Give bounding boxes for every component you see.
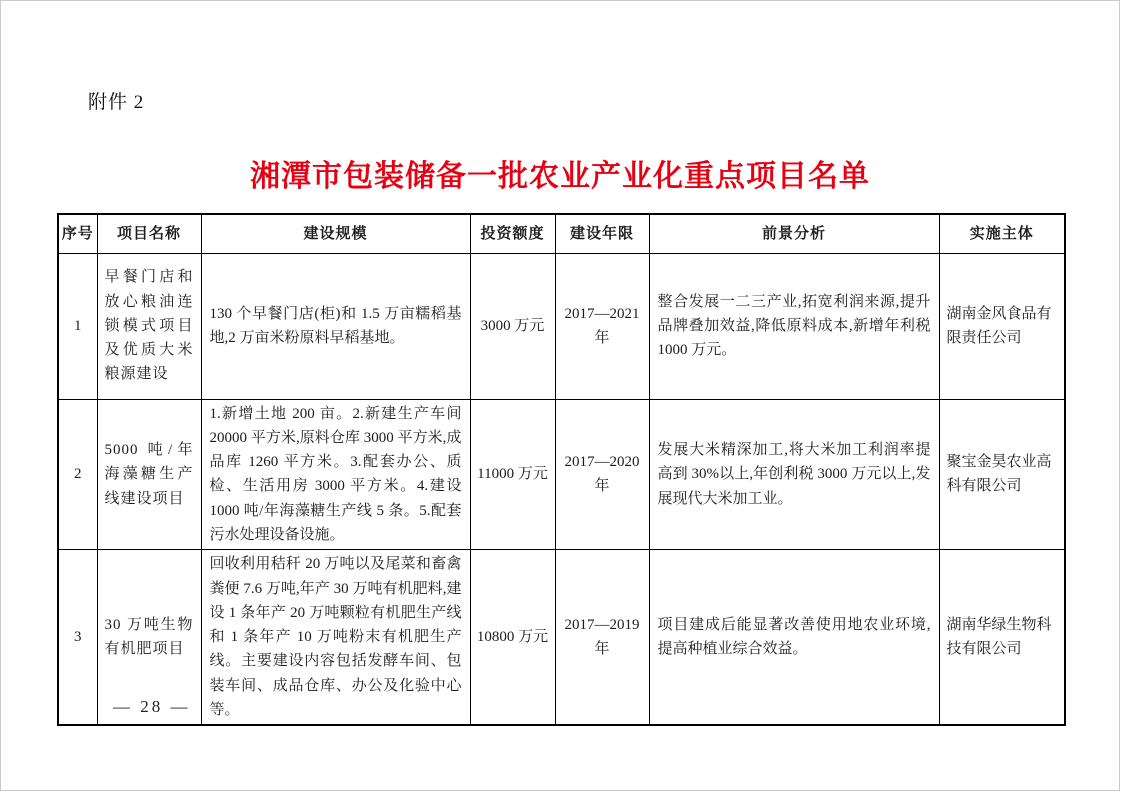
page-number: — 28 — [113,697,191,717]
cell-investment: 3000 万元 [470,253,555,399]
header-cell-scale: 建设规模 [201,214,470,253]
cell-period: 2017—2021 年 [555,253,649,399]
cell-row-number: 2 [58,399,97,550]
document-title: 湘潭市包装储备一批农业产业化重点项目名单 [1,151,1119,195]
projects-table: 序号 项目名称 建设规模 投资额度 建设年限 前景分析 实施主体 1 早餐门店和… [57,213,1066,726]
header-cell-no: 序号 [58,214,97,253]
cell-construction-scale: 回收利用秸秆 20 万吨以及尾菜和畜禽粪便 7.6 万吨,年产 30 万吨有机肥… [201,550,470,726]
attachment-label: 附件 2 [88,87,144,114]
header-cell-period: 建设年限 [555,214,649,253]
cell-investment: 11000 万元 [470,399,555,550]
header-cell-entity: 实施主体 [939,214,1065,253]
cell-construction-scale: 130 个早餐门店(柜)和 1.5 万亩糯稻基地,2 万亩米粉原料早稻基地。 [201,253,470,399]
cell-period: 2017—2020 年 [555,399,649,550]
cell-investment: 10800 万元 [470,550,555,726]
cell-row-number: 3 [58,550,97,726]
header-cell-prospect: 前景分析 [649,214,939,253]
cell-project-name: 早餐门店和放心粮油连锁模式项目及优质大米粮源建设 [97,253,201,399]
cell-project-name: 5000 吨/年海藻糖生产线建设项目 [97,399,201,550]
table-header-row: 序号 项目名称 建设规模 投资额度 建设年限 前景分析 实施主体 [58,214,1065,253]
table-row: 2 5000 吨/年海藻糖生产线建设项目 1.新增土地 200 亩。2.新建生产… [58,399,1065,550]
cell-prospect: 整合发展一二三产业,拓宽利润来源,提升品牌叠加效益,降低原料成本,新增年利税 1… [649,253,939,399]
header-cell-investment: 投资额度 [470,214,555,253]
cell-row-number: 1 [58,253,97,399]
document-page: 附件 2 湘潭市包装储备一批农业产业化重点项目名单 序号 项目名称 建设规模 投… [0,0,1120,791]
table-row: 1 早餐门店和放心粮油连锁模式项目及优质大米粮源建设 130 个早餐门店(柜)和… [58,253,1065,399]
cell-prospect: 项目建成后能显著改善使用地农业环境,提高种植业综合效益。 [649,550,939,726]
header-cell-name: 项目名称 [97,214,201,253]
cell-period: 2017—2019 年 [555,550,649,726]
table-row: 3 30 万吨生物有机肥项目 回收利用秸秆 20 万吨以及尾菜和畜禽粪便 7.6… [58,550,1065,726]
cell-entity: 聚宝金昊农业高科有限公司 [939,399,1065,550]
cell-prospect: 发展大米精深加工,将大米加工利润率提高到 30%以上,年创利税 3000 万元以… [649,399,939,550]
cell-entity: 湖南华绿生物科技有限公司 [939,550,1065,726]
cell-entity: 湖南金风食品有限责任公司 [939,253,1065,399]
cell-construction-scale: 1.新增土地 200 亩。2.新建生产车间 20000 平方米,原料仓库 300… [201,399,470,550]
